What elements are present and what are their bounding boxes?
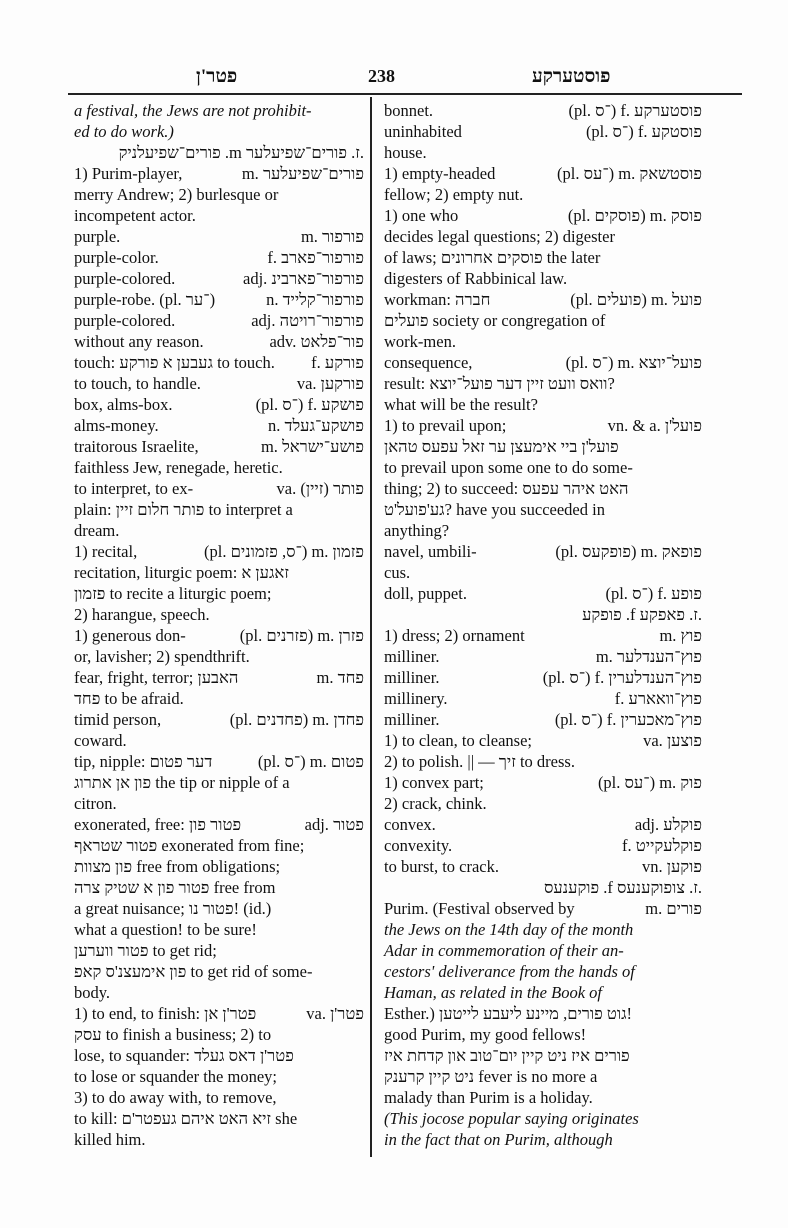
headword: adj. פוקלע xyxy=(635,814,702,835)
line-text: result: וואס וועט זיין דער פועל־יוצא? xyxy=(384,374,615,393)
dictionary-line: dream. xyxy=(74,520,364,541)
headword: (pl. ־ס) f. פושקע xyxy=(256,394,364,415)
headword: va. פוצען xyxy=(643,730,702,751)
headword: va. (זיין) פותר xyxy=(277,478,364,499)
line-text: Esther.) גוט פורים, מיינע ליעבע לייטען! xyxy=(384,1004,632,1023)
headword: m. פורפור xyxy=(301,226,364,247)
definition-text: navel, umbili- xyxy=(384,541,477,562)
dictionary-line: purple-robe. (pl. ־ער)n. פורפור־קלייד xyxy=(74,289,364,310)
definition-text: doll, puppet. xyxy=(384,583,467,604)
dictionary-line: 2) crack, chink. xyxy=(384,793,702,814)
headword: (pl. פוסקים) m. פוסק xyxy=(568,205,702,226)
headword: n. פושקע־געלד xyxy=(268,415,364,436)
line-text: cestors' deliverance from the hands of xyxy=(384,962,635,981)
dictionary-line: convexity.f. פוקלעקייט xyxy=(384,835,702,856)
headword: m. פורים xyxy=(645,898,702,919)
headword: f. פוץ־וואארע xyxy=(615,688,702,709)
dictionary-line: פועל'ן ביי אימעצן ער זאל עפעס טהאן xyxy=(384,436,702,457)
dictionary-line: 1) recital,(pl. ־ס, פזמונים) m. פזמון xyxy=(74,541,364,562)
dictionary-line: cus. xyxy=(384,562,702,583)
dictionary-line: work-men. xyxy=(384,331,702,352)
dictionary-line: to kill: זיא האט איהם געפטר'ם she xyxy=(74,1108,364,1129)
dictionary-line: traitorous Israelite,m. פושע־ישראל xyxy=(74,436,364,457)
dictionary-line: purple-colored.adj. פורפור־פארבינ xyxy=(74,268,364,289)
definition-text: traitorous Israelite, xyxy=(74,436,199,457)
dictionary-line: without any reason.adv. פור־פלאט xyxy=(74,331,364,352)
dictionary-line: what will be the result? xyxy=(384,394,702,415)
dictionary-line: box, alms-box.(pl. ־ס) f. פושקע xyxy=(74,394,364,415)
line-text: פטור שטראף exonerated from fine; xyxy=(74,836,304,855)
dictionary-line: Purim. (Festival observed bym. פורים xyxy=(384,898,702,919)
dictionary-line: 1) dress; 2) ornamentm. פוץ xyxy=(384,625,702,646)
dictionary-line: פוקענעס .f ז. צופוקענעס. xyxy=(384,877,702,898)
definition-text: purple-robe. (pl. ־ער) xyxy=(74,289,215,310)
line-text: incompetent actor. xyxy=(74,206,196,225)
definition-text: timid person, xyxy=(74,709,161,730)
dictionary-line: 3) to do away with, to remove, xyxy=(74,1087,364,1108)
definition-text: exonerated, free: פטור פון xyxy=(74,814,241,835)
dictionary-line: פחד to be afraid. xyxy=(74,688,364,709)
headword: (pl. ־ס) f. פוסטערקע xyxy=(568,100,702,121)
line-text: (This jocose popular saying originates xyxy=(384,1109,639,1128)
line-text: decides legal questions; 2) digester xyxy=(384,227,615,246)
line-text: good Purim, my good fellows! xyxy=(384,1025,586,1044)
line-text: lose, to squander: פטר'ן דאס געלד xyxy=(74,1046,294,1065)
dictionary-line: to prevail upon some one to do some- xyxy=(384,457,702,478)
line-text: גע'פועל'ט? have you succeeded in xyxy=(384,500,605,519)
definition-text: milliner. xyxy=(384,667,439,688)
right-guide-word: פוסטערקע xyxy=(532,66,611,88)
dictionary-line: פטור פון א שטיק צרה free from xyxy=(74,877,364,898)
headword: adj. פורפור־רויטה xyxy=(251,310,364,331)
definition-text: purple-colored. xyxy=(74,310,175,331)
line-text: thing; 2) to succeed: האט איהר עפעס xyxy=(384,479,629,498)
definition-text: without any reason. xyxy=(74,331,204,352)
dictionary-line: milliner.m. פוץ־הענדלער xyxy=(384,646,702,667)
headword: f. פורפור־פארב xyxy=(267,247,364,268)
definition-text: 1) to end, to finish: פטר'ן אן xyxy=(74,1003,256,1024)
headword: vn. & a. פועל'ן xyxy=(608,415,702,436)
definition-text: convex. xyxy=(384,814,436,835)
headword: f. פוקלעקייט xyxy=(622,835,702,856)
dictionary-line: פטור שטראף exonerated from fine; xyxy=(74,835,364,856)
dictionary-line: 1) empty-headed(pl. ־עס) m. פוסטשאק xyxy=(384,163,702,184)
line-text: dream. xyxy=(74,521,119,540)
dictionary-line: to burst, to crack.vn. פוקען xyxy=(384,856,702,877)
definition-text: 1) Purim-player, xyxy=(74,163,182,184)
definition-text: convexity. xyxy=(384,835,452,856)
dictionary-line: ניט קיין קרענק fever is no more a xyxy=(384,1066,702,1087)
headword: adj. פטור xyxy=(305,814,364,835)
definition-text: millinery. xyxy=(384,688,448,709)
dictionary-line: a great nuisance; פטור נו! (id.) xyxy=(74,898,364,919)
headword: (pl. ־ס) f. פופע xyxy=(605,583,702,604)
line-text: work-men. xyxy=(384,332,456,351)
headword: (pl. ־עס) m. פוק xyxy=(598,772,702,793)
dictionary-line: good Purim, my good fellows! xyxy=(384,1024,702,1045)
dictionary-line: עסק to finish a business; 2) to xyxy=(74,1024,364,1045)
dictionary-line: a festival, the Jews are not prohibit- xyxy=(74,100,364,121)
headword: adj. פורפור־פארבינ xyxy=(243,268,364,289)
definition-text: alms-money. xyxy=(74,415,159,436)
dictionary-line: consequence,(pl. ־ס) m. פועל־יוצא xyxy=(384,352,702,373)
dictionary-line: to interpret, to ex-va. (זיין) פותר xyxy=(74,478,364,499)
line-text: digesters of Rabbinical law. xyxy=(384,269,567,288)
dictionary-line: פורים איז ניט קיין יום־טוב און קדחת איז xyxy=(384,1045,702,1066)
dictionary-line: incompetent actor. xyxy=(74,205,364,226)
dictionary-line: 1) Purim-player,m. פורים־שפיעלער xyxy=(74,163,364,184)
dictionary-line: 1) convex part;(pl. ־עס) m. פוק xyxy=(384,772,702,793)
definition-text: purple-colored. xyxy=(74,268,175,289)
line-text: פון אן אתרוג the tip or nipple of a xyxy=(74,773,290,792)
dictionary-line: 1) to prevail upon;vn. & a. פועל'ן xyxy=(384,415,702,436)
dictionary-line: convex.adj. פוקלע xyxy=(384,814,702,835)
dictionary-line: citron. xyxy=(74,793,364,814)
line-text: פון מצוות free from obligations; xyxy=(74,857,280,876)
headword: (pl. ־ס) m. פועל־יוצא xyxy=(566,352,702,373)
headword: (pl. פחדנים) m. פחדן xyxy=(230,709,364,730)
definition-text: to burst, to crack. xyxy=(384,856,499,877)
dictionary-line: exonerated, free: פטור פוןadj. פטור xyxy=(74,814,364,835)
line-text: killed him. xyxy=(74,1130,146,1149)
dictionary-line: or, lavisher; 2) spendthrift. xyxy=(74,646,364,667)
headword: m. פורים־שפיעלער xyxy=(242,163,364,184)
dictionary-line: in the fact that on Purim, although xyxy=(384,1129,702,1150)
definition-text: purple. xyxy=(74,226,120,247)
dictionary-line: coward. xyxy=(74,730,364,751)
dictionary-line: milliner.(pl. ־ס) f. פוץ־מאכערין xyxy=(384,709,702,730)
dictionary-line: of laws; פוסקים אחרונים the later xyxy=(384,247,702,268)
dictionary-line: purple-color.f. פורפור־פארב xyxy=(74,247,364,268)
dictionary-line: uninhabited(pl. ־ס) f. פוסטקע xyxy=(384,121,702,142)
headword: (pl. ־ס, פזמונים) m. פזמון xyxy=(204,541,364,562)
line-text: פטור ווערען to get rid; xyxy=(74,941,217,960)
definition-text: 1) dress; 2) ornament xyxy=(384,625,525,646)
definition-text: box, alms-box. xyxy=(74,394,173,415)
line-text: the Jews on the 14th day of the month xyxy=(384,920,633,939)
line-text: פזמון to recite a liturgic poem; xyxy=(74,584,271,603)
dictionary-line: body. xyxy=(74,982,364,1003)
definition-text: 1) convex part; xyxy=(384,772,484,793)
line-text: פורים איז ניט קיין יום־טוב און קדחת איז xyxy=(384,1046,630,1065)
definition-text: touch: געבען א פורקע to touch. xyxy=(74,352,275,373)
line-text: פטור פון א שטיק צרה free from xyxy=(74,878,275,897)
dictionary-line: purple.m. פורפור xyxy=(74,226,364,247)
line-text: פון אימעצנ'ס קאפ to get rid of some- xyxy=(74,962,312,981)
headword: (pl. ־ס) f. פוסטקע xyxy=(586,121,702,142)
dictionary-line: 2) to polish. || — זיך to dress. xyxy=(384,751,702,772)
line-text: what will be the result? xyxy=(384,395,538,414)
headword: m. פחד xyxy=(317,667,364,688)
line-text: faithless Jew, renegade, heretic. xyxy=(74,458,283,477)
line-text: 2) harangue, speech. xyxy=(74,605,210,624)
definition-text: purple-color. xyxy=(74,247,159,268)
definition-text: 1) generous don- xyxy=(74,625,186,646)
line-text: פועל'ן ביי אימעצן ער זאל עפעס טהאן xyxy=(384,437,619,456)
dictionary-line: what a question! to be sure! xyxy=(74,919,364,940)
definition-text: Purim. (Festival observed by xyxy=(384,898,575,919)
line-text: to kill: זיא האט איהם געפטר'ם she xyxy=(74,1109,297,1128)
line-text: what a question! to be sure! xyxy=(74,920,257,939)
dictionary-line: פזמון to recite a liturgic poem; xyxy=(74,583,364,604)
headword: va. פורקען xyxy=(297,373,364,394)
dictionary-line: faithless Jew, renegade, heretic. xyxy=(74,457,364,478)
definition-text: uninhabited xyxy=(384,121,462,142)
dictionary-line: פטור ווערען to get rid; xyxy=(74,940,364,961)
line-text: or, lavisher; 2) spendthrift. xyxy=(74,647,250,666)
dictionary-line: touch: געבען א פורקע to touch.f. פורקע xyxy=(74,352,364,373)
line-text: malady than Purim is a holiday. xyxy=(384,1088,593,1107)
dictionary-line: malady than Purim is a holiday. xyxy=(384,1087,702,1108)
dictionary-line: milliner.(pl. ־ס) f. פוץ־הענדלערין xyxy=(384,667,702,688)
headword: vn. פוקען xyxy=(642,856,702,877)
dictionary-line: timid person,(pl. פחדנים) m. פחדן xyxy=(74,709,364,730)
line-text: plain: פותר חלום זיין to interpret a xyxy=(74,500,293,519)
definition-text: to interpret, to ex- xyxy=(74,478,193,499)
line-text: Haman, as related in the Book of xyxy=(384,983,602,1002)
dictionary-line: Haman, as related in the Book of xyxy=(384,982,702,1003)
dictionary-line: workman: חברה(pl. פועלים) m. פועל xyxy=(384,289,702,310)
dictionary-line: fear, fright, terror; האבעןm. פחד xyxy=(74,667,364,688)
dictionary-line: פון אן אתרוג the tip or nipple of a xyxy=(74,772,364,793)
dictionary-line: the Jews on the 14th day of the month xyxy=(384,919,702,940)
right-column: bonnet.(pl. ־ס) f. פוסטערקעuninhabited(p… xyxy=(384,100,702,1150)
line-text: Adar in commemoration of their an- xyxy=(384,941,624,960)
definition-text: milliner. xyxy=(384,646,439,667)
dictionary-line: 1) to clean, to cleanse;va. פוצען xyxy=(384,730,702,751)
dictionary-line: decides legal questions; 2) digester xyxy=(384,226,702,247)
definition-text: workman: חברה xyxy=(384,289,490,310)
line-text: פועלים society or congregation of xyxy=(384,311,605,330)
headword-crossref: פופקע .f ז. פאפקע. xyxy=(582,605,702,624)
line-text: 2) crack, chink. xyxy=(384,794,487,813)
line-text: ed to do work.) xyxy=(74,122,174,141)
dictionary-line: פון אימעצנ'ס קאפ to get rid of some- xyxy=(74,961,364,982)
left-guide-word: פטר'ן xyxy=(196,66,237,88)
dictionary-line: anything? xyxy=(384,520,702,541)
definition-text: 1) to clean, to cleanse; xyxy=(384,730,532,751)
definition-text: fear, fright, terror; האבען xyxy=(74,667,238,688)
dictionary-line: tip, nipple: דער פטום(pl. ־ס) m. פטום xyxy=(74,751,364,772)
line-text: 2) to polish. || — זיך to dress. xyxy=(384,752,575,771)
definition-text: 1) one who xyxy=(384,205,458,226)
dictionary-line: גע'פועל'ט? have you succeeded in xyxy=(384,499,702,520)
headword: (pl. פזרנים) m. פזרן xyxy=(240,625,364,646)
headword: (pl. ־עס) m. פוסטשאק xyxy=(557,163,702,184)
definition-text: 1) to prevail upon; xyxy=(384,415,506,436)
column-divider xyxy=(370,97,372,1157)
dictionary-line: (This jocose popular saying originates xyxy=(384,1108,702,1129)
line-text: citron. xyxy=(74,794,117,813)
headword: m. פוץ xyxy=(659,625,702,646)
dictionary-line: 2) harangue, speech. xyxy=(74,604,364,625)
definition-text: consequence, xyxy=(384,352,472,373)
dictionary-line: ed to do work.) xyxy=(74,121,364,142)
definition-text: milliner. xyxy=(384,709,439,730)
dictionary-line: navel, umbili-(pl. פופקעס) m. פופאק xyxy=(384,541,702,562)
dictionary-line: פורים־שפיעלניק .m ז. פורים־שפיעלער. xyxy=(74,142,364,163)
headword: n. פורפור־קלייד xyxy=(266,289,364,310)
dictionary-line: result: וואס וועט זיין דער פועל־יוצא? xyxy=(384,373,702,394)
dictionary-line: to touch, to handle.va. פורקען xyxy=(74,373,364,394)
headword: (pl. ־ס) m. פטום xyxy=(258,751,364,772)
dictionary-line: 1) generous don-(pl. פזרנים) m. פזרן xyxy=(74,625,364,646)
definition-text: tip, nipple: דער פטום xyxy=(74,751,212,772)
definition-text: 1) recital, xyxy=(74,541,137,562)
dictionary-line: purple-colored.adj. פורפור־רויטה xyxy=(74,310,364,331)
definition-text: 1) empty-headed xyxy=(384,163,495,184)
page-number: 238 xyxy=(368,66,395,87)
dictionary-line: house. xyxy=(384,142,702,163)
definition-text: bonnet. xyxy=(384,100,433,121)
page-header: פטר'ן 238 פוסטערקע xyxy=(70,62,740,92)
dictionary-line: bonnet.(pl. ־ס) f. פוסטערקע xyxy=(384,100,702,121)
line-text: עסק to finish a business; 2) to xyxy=(74,1025,271,1044)
dictionary-line: פועלים society or congregation of xyxy=(384,310,702,331)
line-text: body. xyxy=(74,983,110,1002)
dictionary-line: digesters of Rabbinical law. xyxy=(384,268,702,289)
line-text: to lose or squander the money; xyxy=(74,1067,277,1086)
dictionary-line: cestors' deliverance from the hands of xyxy=(384,961,702,982)
line-text: anything? xyxy=(384,521,449,540)
headword-crossref: פוקענעס .f ז. צופוקענעס. xyxy=(544,878,702,897)
line-text: recitation, liturgic poem: זאגען א xyxy=(74,563,289,582)
dictionary-line: Adar in commemoration of their an- xyxy=(384,940,702,961)
dictionary-line: alms-money.n. פושקע־געלד xyxy=(74,415,364,436)
line-text: פחד to be afraid. xyxy=(74,689,184,708)
headword: m. פושע־ישראל xyxy=(261,436,364,457)
headword: (pl. ־ס) f. פוץ־מאכערין xyxy=(555,709,702,730)
line-text: a great nuisance; פטור נו! (id.) xyxy=(74,899,271,918)
line-text: to prevail upon some one to do some- xyxy=(384,458,633,477)
dictionary-line: thing; 2) to succeed: האט איהר עפעס xyxy=(384,478,702,499)
headword: (pl. פופקעס) m. פופאק xyxy=(555,541,702,562)
line-text: of laws; פוסקים אחרונים the later xyxy=(384,248,600,267)
dictionary-line: 1) to end, to finish: פטר'ן אןva. פטר'ן xyxy=(74,1003,364,1024)
headword: (pl. ־ס) f. פוץ־הענדלערין xyxy=(543,667,702,688)
dictionary-line: plain: פותר חלום זיין to interpret a xyxy=(74,499,364,520)
dictionary-line: lose, to squander: פטר'ן דאס געלד xyxy=(74,1045,364,1066)
headword: m. פוץ־הענדלער xyxy=(596,646,702,667)
line-text: a festival, the Jews are not prohibit- xyxy=(74,101,312,120)
dictionary-line: doll, puppet.(pl. ־ס) f. פופע xyxy=(384,583,702,604)
dictionary-line: Esther.) גוט פורים, מיינע ליעבע לייטען! xyxy=(384,1003,702,1024)
line-text: coward. xyxy=(74,731,127,750)
headword-crossref: פורים־שפיעלניק .m ז. פורים־שפיעלער. xyxy=(119,143,364,162)
line-text: house. xyxy=(384,143,427,162)
line-text: fellow; 2) empty nut. xyxy=(384,185,523,204)
dictionary-line: millinery.f. פוץ־וואארע xyxy=(384,688,702,709)
dictionary-line: פון מצוות free from obligations; xyxy=(74,856,364,877)
dictionary-line: killed him. xyxy=(74,1129,364,1150)
line-text: in the fact that on Purim, although xyxy=(384,1130,613,1149)
line-text: ניט קיין קרענק fever is no more a xyxy=(384,1067,597,1086)
left-column: a festival, the Jews are not prohibit-ed… xyxy=(74,100,364,1150)
dictionary-line: 1) one who(pl. פוסקים) m. פוסק xyxy=(384,205,702,226)
dictionary-line: recitation, liturgic poem: זאגען א xyxy=(74,562,364,583)
dictionary-line: fellow; 2) empty nut. xyxy=(384,184,702,205)
header-rule xyxy=(68,93,742,95)
dictionary-line: to lose or squander the money; xyxy=(74,1066,364,1087)
headword: (pl. פועלים) m. פועל xyxy=(570,289,702,310)
dictionary-line: merry Andrew; 2) burlesque or xyxy=(74,184,364,205)
definition-text: to touch, to handle. xyxy=(74,373,201,394)
line-text: 3) to do away with, to remove, xyxy=(74,1088,277,1107)
line-text: merry Andrew; 2) burlesque or xyxy=(74,185,278,204)
dictionary-line: פופקע .f ז. פאפקע. xyxy=(384,604,702,625)
headword: adv. פור־פלאט xyxy=(269,331,364,352)
headword: f. פורקע xyxy=(311,352,364,373)
headword: va. פטר'ן xyxy=(306,1003,364,1024)
line-text: cus. xyxy=(384,563,410,582)
